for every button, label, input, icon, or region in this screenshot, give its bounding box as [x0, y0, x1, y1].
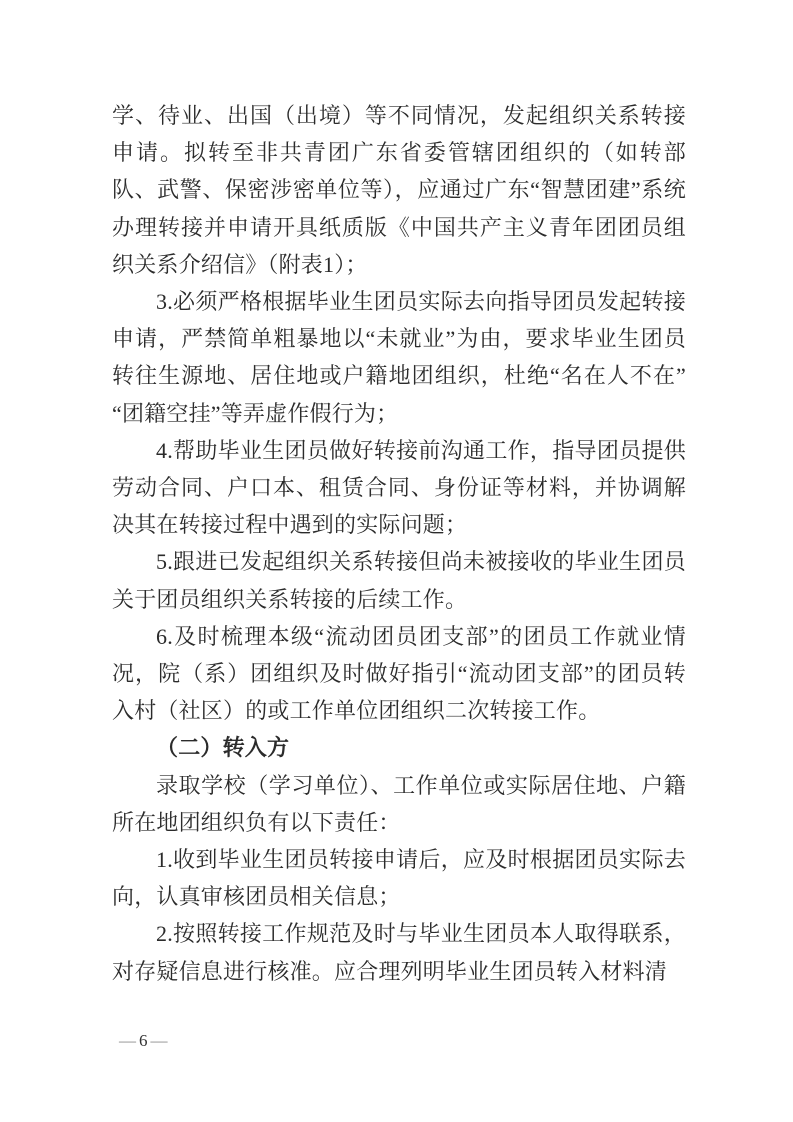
footer-dash-right: — — [148, 1031, 171, 1050]
footer-dash-left: — — [116, 1031, 139, 1050]
paragraph-item-5: 5.跟进已发起组织关系转接但尚未被接收的毕业生团员关于团员组织关系转接的后续工作… — [112, 543, 686, 617]
paragraph-item-1: 1.收到毕业生团员转接申请后，应及时根据团员实际去向，认真审核团员相关信息； — [112, 841, 686, 915]
page-number: 6 — [139, 1031, 148, 1050]
paragraph-item-2: 2.按照转接工作规范及时与毕业生团员本人取得联系，对存疑信息进行核准。应合理列明… — [112, 915, 686, 989]
paragraph-responsibilities-intro: 录取学校（学习单位）、工作单位或实际居住地、户籍所在地团组织负有以下责任： — [112, 767, 686, 841]
paragraph-item-3: 3.必须严格根据毕业生团员实际去向指导团员发起转接申请，严禁简单粗暴地以“未就业… — [112, 283, 686, 432]
section-heading-transfer-in: （二）转入方 — [112, 729, 686, 766]
paragraph-item-6: 6.及时梳理本级“流动团员团支部”的团员工作就业情况，院（系）团组织及时做好指引… — [112, 618, 686, 730]
page-footer: —6— — [116, 1032, 171, 1049]
paragraph-item-4: 4.帮助毕业生团员做好转接前沟通工作，指导团员提供劳动合同、户口本、租赁合同、身… — [112, 432, 686, 544]
document-page: 学、待业、出国（出境）等不同情况，发起组织关系转接申请。拟转至非共青团广东省委管… — [0, 0, 793, 1122]
paragraph-continuation: 学、待业、出国（出境）等不同情况，发起组织关系转接申请。拟转至非共青团广东省委管… — [112, 97, 686, 283]
document-body: 学、待业、出国（出境）等不同情况，发起组织关系转接申请。拟转至非共青团广东省委管… — [112, 97, 686, 990]
